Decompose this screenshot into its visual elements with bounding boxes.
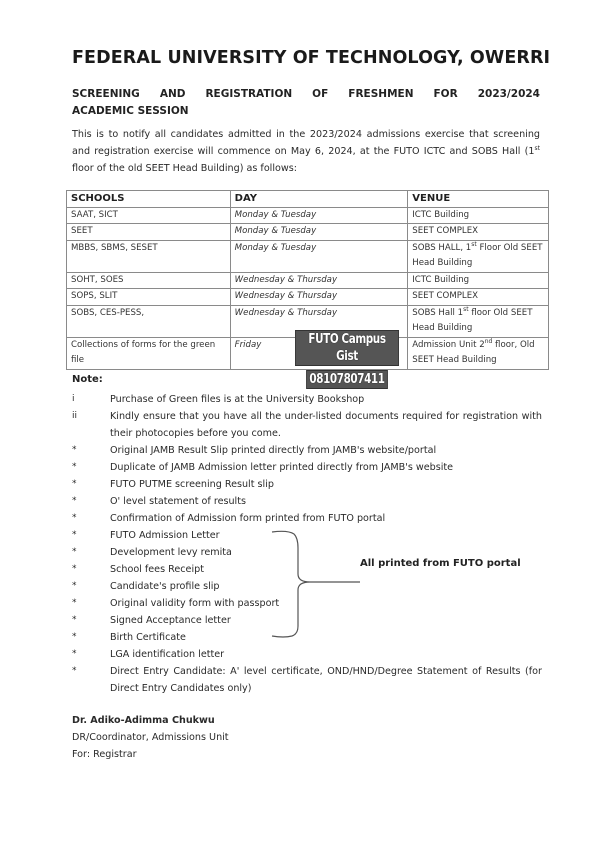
- list-item-text: Duplicate of JAMB Admission letter print…: [110, 459, 542, 476]
- cell-schools: SOBS, CES-PESS,: [67, 305, 231, 337]
- notes-heading: Note:: [72, 374, 103, 385]
- table-row: SOHT, SOESWednesday & ThursdayICTC Build…: [67, 272, 549, 289]
- cell-day: Monday & Tuesday: [230, 224, 408, 241]
- list-item: *Duplicate of JAMB Admission letter prin…: [72, 459, 542, 476]
- bullet-icon: *: [72, 544, 92, 561]
- table-row: SOPS, SLITWednesday & ThursdaySEET COMPL…: [67, 289, 549, 306]
- bullet-icon: *: [72, 476, 92, 493]
- header-schools: SCHOOLS: [67, 191, 231, 208]
- bullet-icon: *: [72, 663, 92, 680]
- subtitle-line-2: ACADEMIC SESSION: [72, 105, 189, 117]
- list-item-text: O' level statement of results: [110, 493, 542, 510]
- watermark-line-1: FUTO Campus Gist: [295, 330, 399, 366]
- bullet-icon: *: [72, 561, 92, 578]
- list-item-text: Kindly ensure that you have all the unde…: [110, 408, 542, 442]
- bracket-label: All printed from FUTO portal: [360, 558, 521, 569]
- signatory-for: For: Registrar: [72, 746, 229, 763]
- cell-day: Monday & Tuesday: [230, 207, 408, 224]
- cell-schools: SAAT, SICT: [67, 207, 231, 224]
- bullet-icon: *: [72, 612, 92, 629]
- watermark-line-2: 08107807411: [306, 370, 388, 389]
- document-page: FEDERAL UNIVERSITY OF TECHNOLOGY, OWERRI…: [0, 0, 600, 848]
- subtitle-line-1: SCREENING AND REGISTRATION OF FRESHMEN F…: [72, 86, 540, 103]
- cell-schools: Collections of forms for the green file: [67, 337, 231, 369]
- bullet-icon: *: [72, 595, 92, 612]
- intro-text-1: This is to notify all candidates admitte…: [72, 129, 540, 157]
- signatory-name: Dr. Adiko-Adimma Chukwu: [72, 712, 229, 729]
- intro-paragraph: This is to notify all candidates admitte…: [72, 126, 540, 177]
- venue-text: SOBS Hall 1: [412, 308, 463, 318]
- cell-day: Monday & Tuesday: [230, 240, 408, 272]
- cell-venue: SOBS HALL, 1st Floor Old SEET Head Build…: [408, 240, 549, 272]
- cell-venue: SEET COMPLEX: [408, 224, 549, 241]
- table-row: SAAT, SICTMonday & TuesdayICTC Building: [67, 207, 549, 224]
- bullet-icon: *: [72, 527, 92, 544]
- cell-venue: ICTC Building: [408, 272, 549, 289]
- list-marker: ii: [72, 408, 92, 425]
- list-item: *Confirmation of Admission form printed …: [72, 510, 542, 527]
- university-title: FEDERAL UNIVERSITY OF TECHNOLOGY, OWERRI: [72, 48, 552, 68]
- list-item-text: LGA identification letter: [110, 646, 542, 663]
- list-item: *O' level statement of results: [72, 493, 542, 510]
- header-venue: VENUE: [408, 191, 549, 208]
- cell-day: Wednesday & Thursday: [230, 272, 408, 289]
- list-item: *Original JAMB Result Slip printed direc…: [72, 442, 542, 459]
- bullet-icon: *: [72, 493, 92, 510]
- cell-schools: MBBS, SBMS, SESET: [67, 240, 231, 272]
- intro-text-2: floor of the old SEET Head Building) as …: [72, 163, 297, 174]
- table-header-row: SCHOOLS DAY VENUE: [67, 191, 549, 208]
- bullet-icon: *: [72, 442, 92, 459]
- list-item-text: FUTO PUTME screening Result slip: [110, 476, 542, 493]
- cell-schools: SEET: [67, 224, 231, 241]
- notice-subtitle: SCREENING AND REGISTRATION OF FRESHMEN F…: [72, 86, 540, 120]
- list-marker: i: [72, 391, 92, 408]
- intro-sup: st: [535, 145, 540, 152]
- list-item-text: Purchase of Green files is at the Univer…: [110, 391, 542, 408]
- cell-venue: ICTC Building: [408, 207, 549, 224]
- list-item-text: Original JAMB Result Slip printed direct…: [110, 442, 542, 459]
- cell-venue: SOBS Hall 1st floor Old SEET Head Buildi…: [408, 305, 549, 337]
- list-item: *FUTO PUTME screening Result slip: [72, 476, 542, 493]
- signature-block: Dr. Adiko-Adimma Chukwu DR/Coordinator, …: [72, 712, 229, 763]
- cell-day: Wednesday & Thursday: [230, 289, 408, 306]
- list-item: *Direct Entry Candidate: A' level certif…: [72, 663, 542, 697]
- signatory-position: DR/Coordinator, Admissions Unit: [72, 729, 229, 746]
- list-item-text: Direct Entry Candidate: A' level certifi…: [110, 663, 542, 697]
- bullet-icon: *: [72, 459, 92, 476]
- table-row: MBBS, SBMS, SESETMonday & TuesdaySOBS HA…: [67, 240, 549, 272]
- list-item: iPurchase of Green files is at the Unive…: [72, 391, 542, 408]
- list-item: iiKindly ensure that you have all the un…: [72, 408, 542, 442]
- bullet-icon: *: [72, 578, 92, 595]
- header-day: DAY: [230, 191, 408, 208]
- venue-text: Admission Unit 2: [412, 340, 484, 350]
- bullet-icon: *: [72, 646, 92, 663]
- list-item-text: Confirmation of Admission form printed f…: [110, 510, 542, 527]
- table-row: SEETMonday & TuesdaySEET COMPLEX: [67, 224, 549, 241]
- cell-venue: Admission Unit 2nd floor, Old SEET Head …: [408, 337, 549, 369]
- bullet-icon: *: [72, 629, 92, 646]
- bullet-icon: *: [72, 510, 92, 527]
- list-item: *LGA identification letter: [72, 646, 542, 663]
- cell-schools: SOPS, SLIT: [67, 289, 231, 306]
- cell-venue: SEET COMPLEX: [408, 289, 549, 306]
- watermark: FUTO Campus Gist 08107807411: [295, 330, 399, 389]
- cell-schools: SOHT, SOES: [67, 272, 231, 289]
- venue-text: SOBS HALL, 1: [412, 243, 471, 253]
- bracket-icon: [268, 528, 368, 640]
